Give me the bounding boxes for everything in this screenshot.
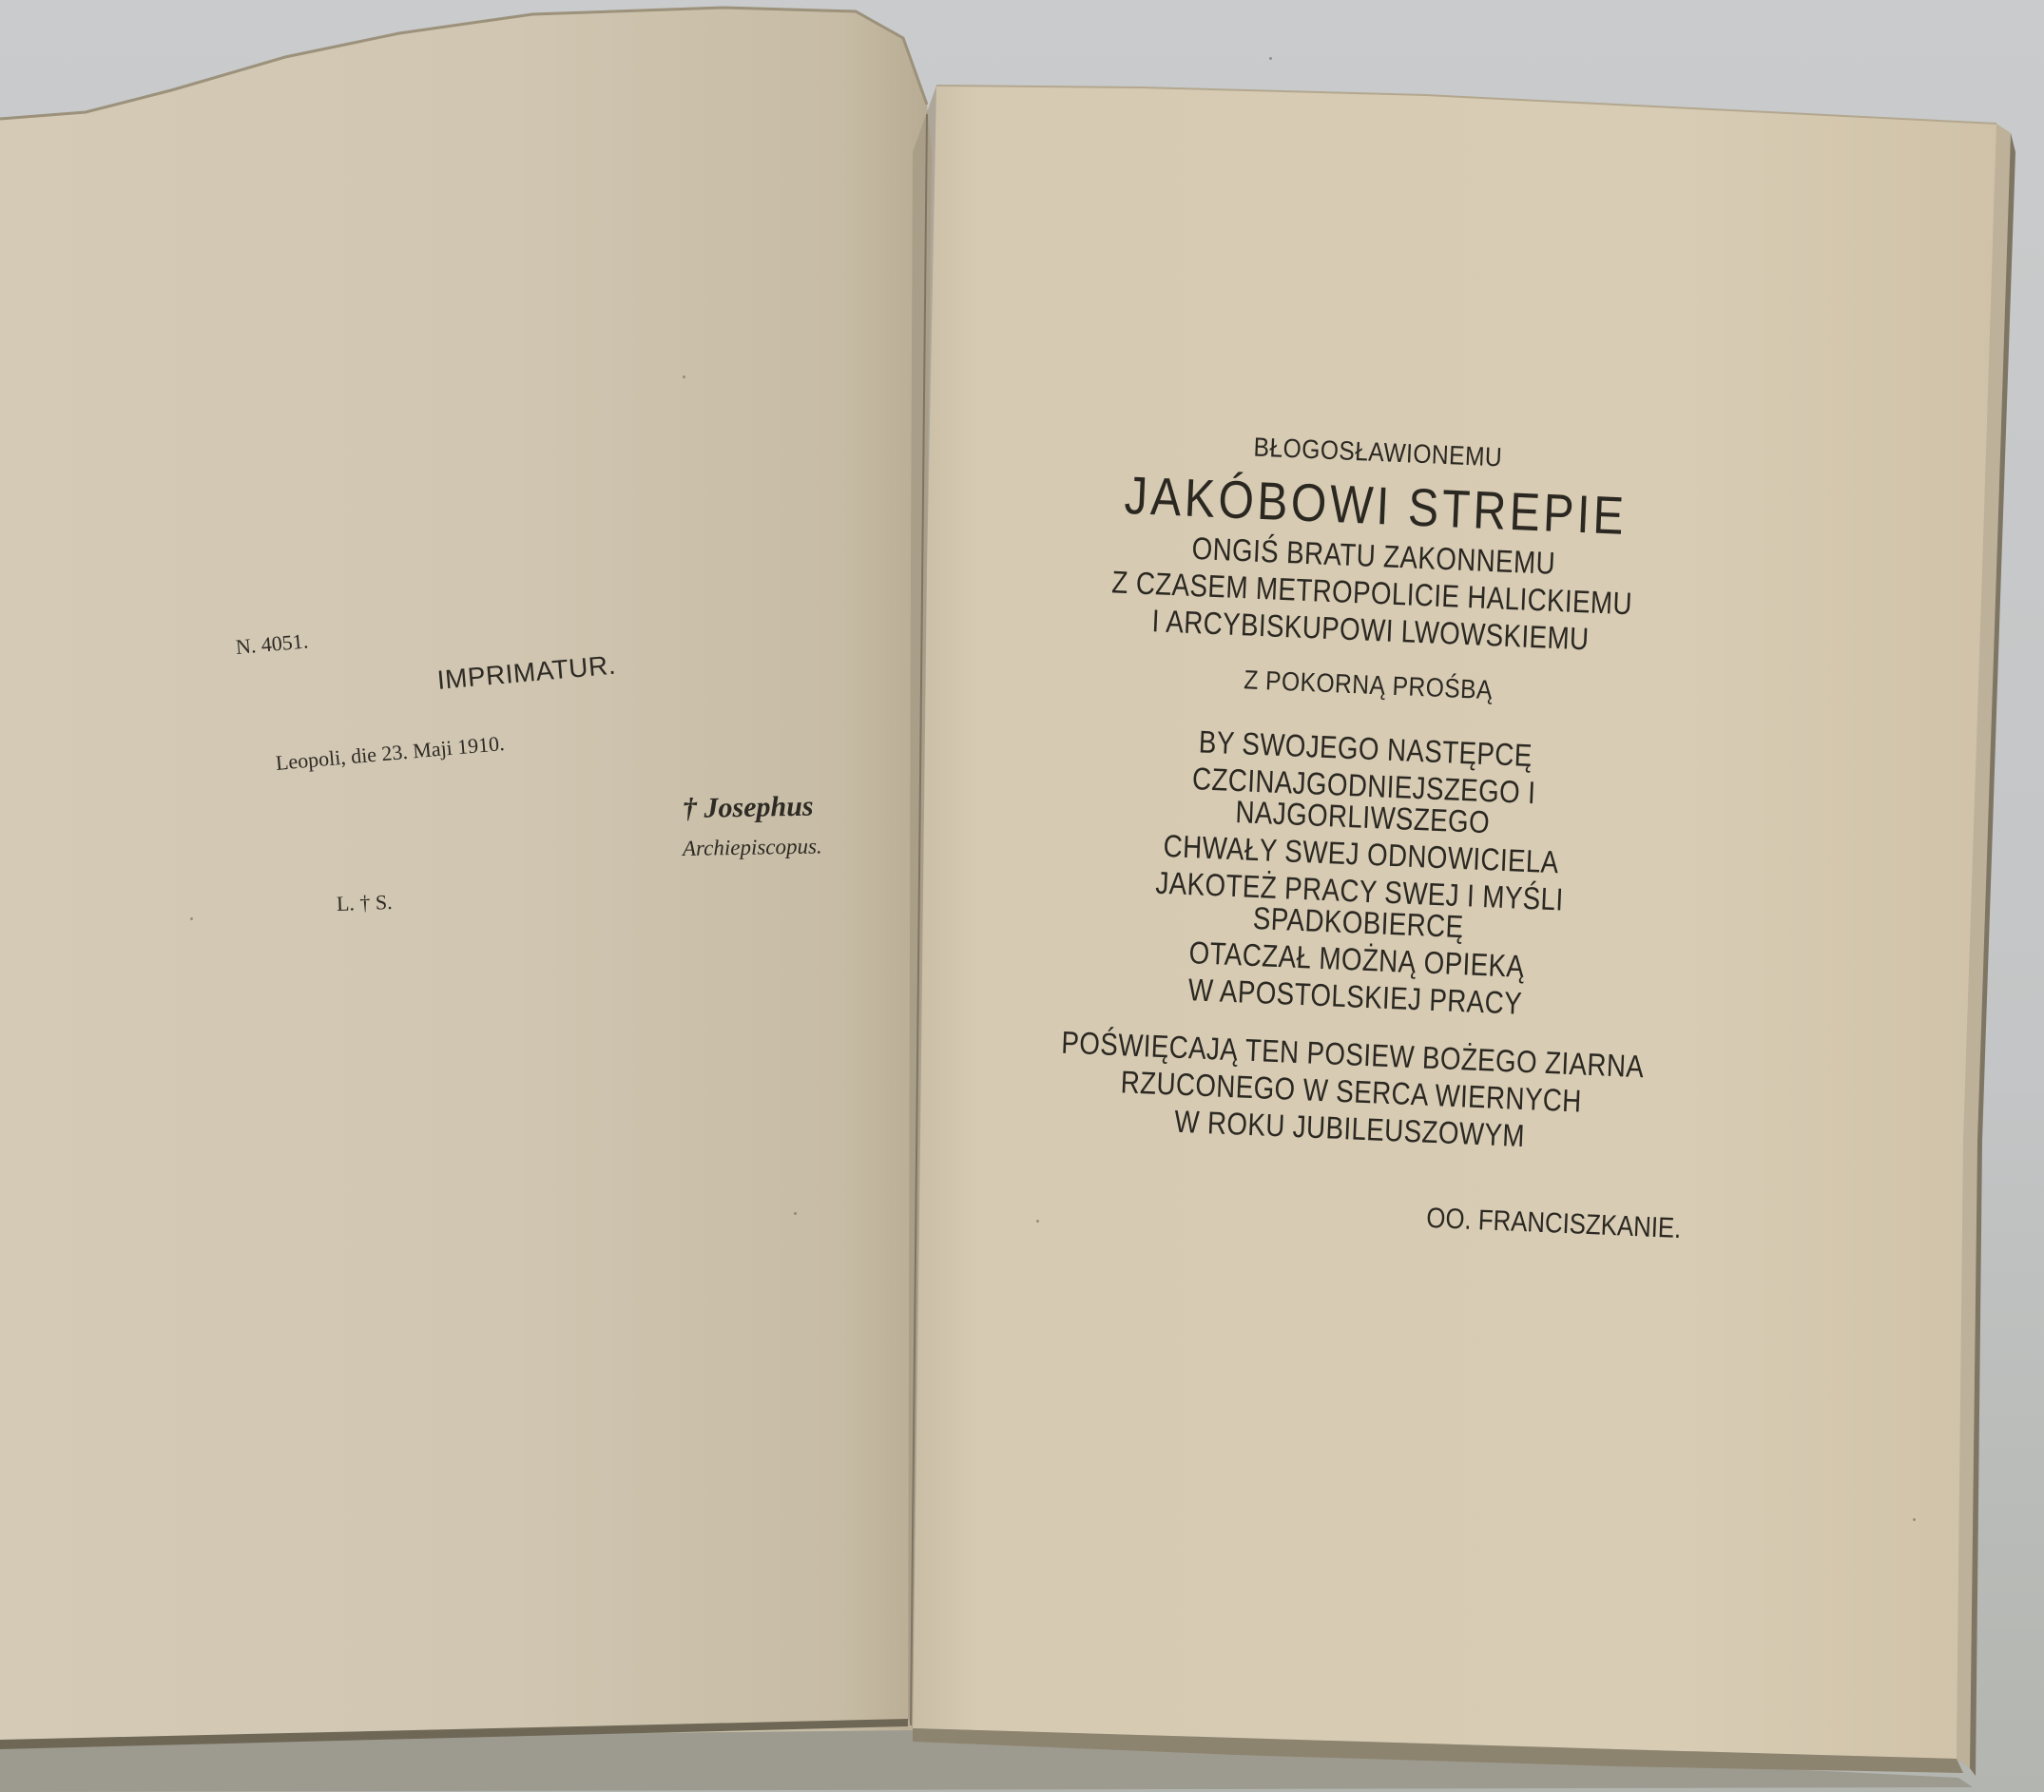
imprimatur-page: N. 4051. IMPRIMATUR. Leopoli, die 23. Ma… (0, 0, 913, 1792)
paper-speck (1913, 1518, 1916, 1521)
seal-mark: L. † S. (337, 890, 394, 916)
paper-speck (1269, 57, 1272, 60)
paper-speck (683, 376, 685, 378)
imprimatur-heading: IMPRIMATUR. (436, 650, 618, 696)
imprimatur-place-date: Leopoli, die 23. Maji 1910. (275, 731, 506, 776)
book-photo: N. 4051. IMPRIMATUR. Leopoli, die 23. Ma… (0, 0, 2044, 1792)
paper-speck (794, 1212, 797, 1215)
imprimatur-number: N. 4051. (235, 628, 309, 660)
archbishop-signature-name: † Josephus (683, 791, 814, 825)
paper-speck (190, 917, 193, 920)
paper-speck (1036, 1220, 1039, 1223)
dedication-page: BŁOGOSŁAWIONEMU JAKÓBOWI STREPIE ONGIŚ B… (993, 425, 1729, 1246)
archbishop-signature-title: Archiepiscopus. (683, 834, 822, 861)
